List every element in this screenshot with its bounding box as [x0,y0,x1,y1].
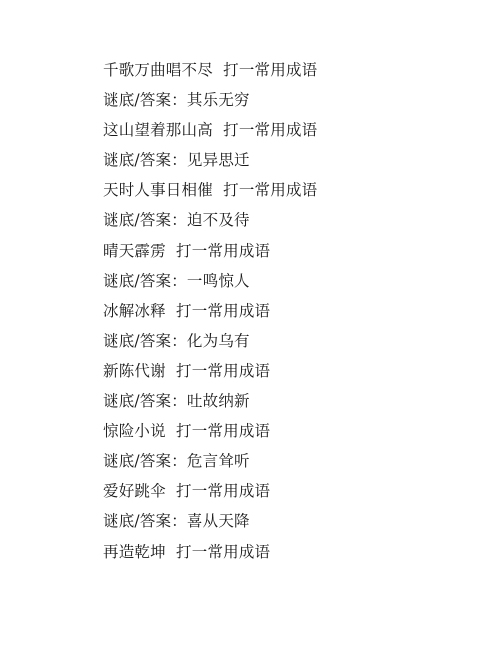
answer-line: 谜底/答案：其乐无穷 [103,88,317,118]
answer-line: 谜底/答案：一鸣惊人 [103,269,317,299]
answer-line: 谜底/答案：喜从天降 [103,509,317,539]
riddle-line: 冰解冰释 打一常用成语 [103,299,317,329]
riddle-line: 天时人事日相催 打一常用成语 [103,178,317,208]
answer-line: 谜底/答案：见异思迁 [103,148,317,178]
answer-line: 谜底/答案：危言耸听 [103,449,317,479]
answer-line: 谜底/答案：化为乌有 [103,329,317,359]
riddle-document: 千歌万曲唱不尽 打一常用成语 谜底/答案：其乐无穷 这山望着那山高 打一常用成语… [103,58,317,570]
riddle-line: 这山望着那山高 打一常用成语 [103,118,317,148]
riddle-line: 爱好跳伞 打一常用成语 [103,479,317,509]
riddle-line: 晴天霹雳 打一常用成语 [103,239,317,269]
answer-line: 谜底/答案：迫不及待 [103,208,317,238]
riddle-line: 惊险小说 打一常用成语 [103,419,317,449]
riddle-line: 千歌万曲唱不尽 打一常用成语 [103,58,317,88]
answer-line: 谜底/答案：吐故纳新 [103,389,317,419]
riddle-line: 再造乾坤 打一常用成语 [103,540,317,570]
riddle-line: 新陈代谢 打一常用成语 [103,359,317,389]
